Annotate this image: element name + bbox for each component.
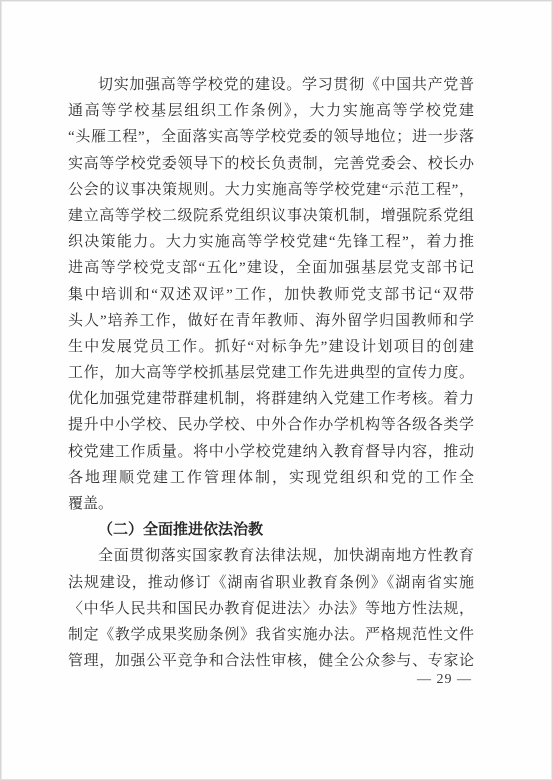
page-number: — 29 —: [382, 669, 472, 691]
document-page: 切实加强高等学校党的建设。学习贯彻《中国共产党普通高等学校基层组织工作条例》，大…: [0, 0, 553, 781]
text-line: 覆盖。: [68, 491, 474, 517]
text-line: 集中培训和“双述双评”工作，加快教师党支部书记“双带: [68, 282, 474, 308]
text-line: 全面贯彻落实国家教育法律法规，加快湖南地方性教育: [68, 543, 474, 569]
text-line: 实高等学校党委领导下的校长负责制，完善党委会、校长办: [68, 151, 474, 177]
text-line: 校党建工作质量。将中小学校党建纳入教育督导内容，推动: [68, 439, 474, 465]
text-line: 优化加强党建带群建机制，将群建纳入党建工作考核。着力: [68, 386, 474, 412]
text-line: 生中发展党员工作。抓好“对标争先”建设计划项目的创建: [68, 334, 474, 360]
text-line: “头雁工程”，全面落实高等学校党委的领导地位；进一步落: [68, 124, 474, 150]
text-line: 织决策能力。大力实施高等学校党建“先锋工程”，着力推: [68, 229, 474, 255]
text-line: 各地理顺党建工作管理体制，实现党组织和党的工作全: [68, 465, 474, 491]
text-line: 制定《教学成果奖励条例》我省实施办法。严格规范性文件: [68, 622, 474, 648]
text-line: 建立高等学校二级院系党组织议事决策机制，增强院系党组: [68, 203, 474, 229]
text-line: 通高等学校基层组织工作条例》，大力实施高等学校党建: [68, 98, 474, 124]
text-line: 工作，加大高等学校抓基层党建工作先进典型的宣传力度。: [68, 360, 474, 386]
text-line: 进高等学校党支部“五化”建设，全面加强基层党支部书记: [68, 255, 474, 281]
text-line: 法规建设，推动修订《湖南省职业教育条例》《湖南省实施: [68, 570, 474, 596]
page-body: 切实加强高等学校党的建设。学习贯彻《中国共产党普通高等学校基层组织工作条例》，大…: [68, 72, 474, 674]
section-heading: （二）全面推进依法治教: [68, 517, 474, 543]
text-line: 切实加强高等学校党的建设。学习贯彻《中国共产党普: [68, 72, 474, 98]
text-line: 〈中华人民共和国民办教育促进法〉办法》等地方性法规，: [68, 596, 474, 622]
text-line: 提升中小学校、民办学校、中外合作办学机构等各级各类学: [68, 412, 474, 438]
text-line: 头人”培养工作，做好在青年教师、海外留学归国教师和学: [68, 308, 474, 334]
text-line: 公会的议事决策规则。大力实施高等学校党建“示范工程”，: [68, 177, 474, 203]
